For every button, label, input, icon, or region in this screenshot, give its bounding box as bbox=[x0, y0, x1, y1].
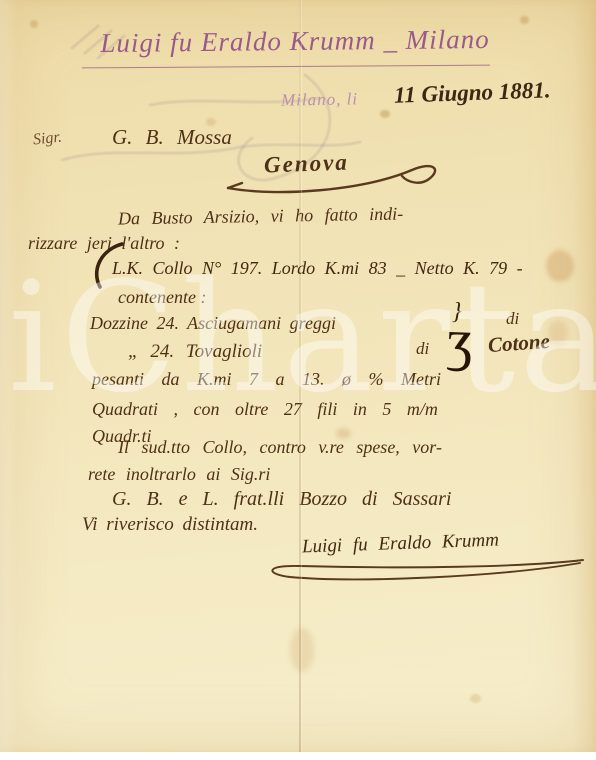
body-line-7: pesanti da K.mi 7 a 13. ø % Metri bbox=[92, 369, 441, 390]
body-line-12: G. B. e L. frat.lli Bozzo di Sassari bbox=[112, 488, 451, 511]
body-line-5: Dozzine 24. Asciugamani greggi bbox=[90, 313, 336, 334]
body-line-6: „ 24. Tovaglioli bbox=[128, 341, 262, 363]
recipient-salutation: Sigr. bbox=[32, 129, 63, 150]
body-line-6-di: di bbox=[416, 339, 429, 359]
body-line-6-cotone: Cotone bbox=[487, 329, 550, 358]
genova-underline-flourish bbox=[222, 150, 452, 200]
dateline-handwritten-date: 11 Giugno 1881. bbox=[394, 77, 551, 108]
body-line-13: Vi riverisco distintam. bbox=[82, 514, 258, 536]
recipient-name: G. B. Mossa bbox=[112, 125, 232, 150]
body-line-3: L.K. Collo N° 197. Lordo K.mi 83 _ Netto… bbox=[112, 258, 523, 279]
letterhead-company: Luigi fu Eraldo Krumm _ Milano bbox=[40, 23, 550, 59]
brace-mark-large: ʒ bbox=[446, 306, 474, 374]
body-line-11: rete inoltrarlo ai Sig.ri bbox=[88, 464, 270, 485]
scanned-letter-page: Luigi fu Eraldo Krumm _ Milano Milano, l… bbox=[0, 0, 596, 760]
dateline-printed: Milano, li bbox=[281, 89, 358, 110]
signature-underline-flourish bbox=[262, 556, 587, 588]
body-line-4: contenente : bbox=[118, 287, 206, 308]
body-line-10: Il sud.tto Collo, contro v.re spese, vor… bbox=[118, 437, 442, 458]
body-line-5-di: di bbox=[506, 309, 519, 329]
body-line-8: Quadrati , con oltre 27 fili in 5 m/m bbox=[92, 399, 438, 420]
